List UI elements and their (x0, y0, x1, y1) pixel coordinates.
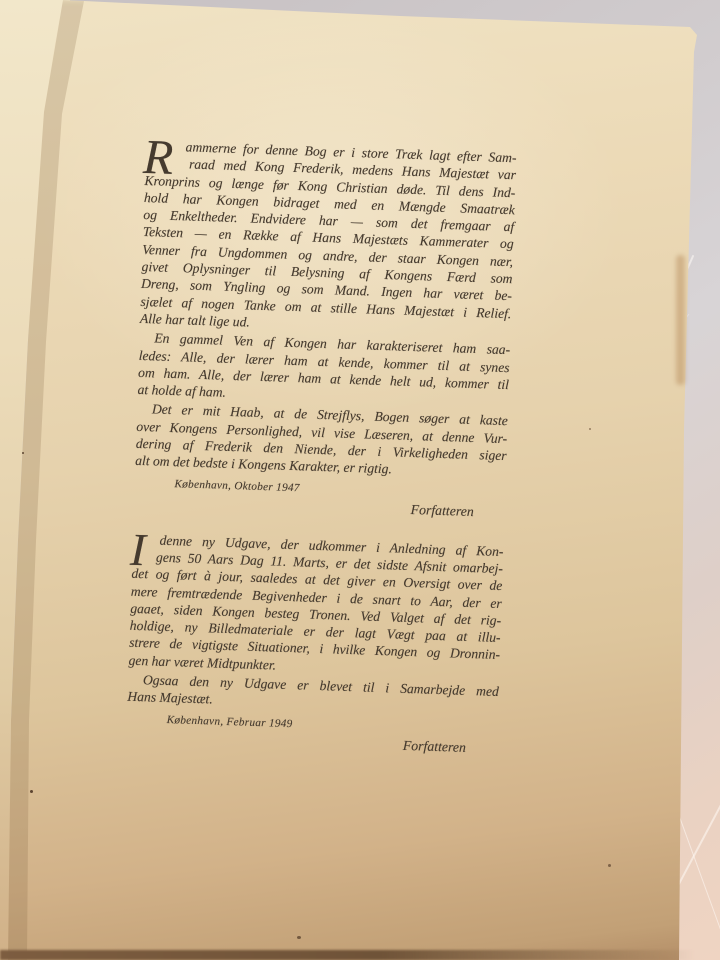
paragraph-4: I denne ny Udgave, der udkommer i Anledn… (128, 530, 503, 681)
paragraph-3: Det er mit Haab, at de Strejflys, Bogen … (135, 400, 508, 481)
paragraph-2: En gammel Ven af Kongen har karakteriser… (137, 329, 510, 410)
dust-speck (589, 428, 591, 430)
dust-speck (30, 790, 33, 793)
paragraph-1: R ammerne for denne Bog er i store Træk … (140, 137, 517, 339)
drop-cap-i: I (130, 526, 147, 572)
dust-speck (22, 452, 24, 454)
dust-speck (297, 936, 301, 939)
preface-section-1949: I denne ny Udgave, der udkommer i Anledn… (126, 530, 504, 756)
dust-speck (608, 864, 611, 867)
book-photo-scene: R ammerne for denne Bog er i store Træk … (0, 0, 720, 960)
page-edge-stain (676, 255, 685, 385)
preface-section-1947: R ammerne for denne Bog er i store Træk … (134, 137, 517, 521)
book-bottom-shadow (0, 950, 695, 960)
drop-cap-r: R (143, 132, 175, 182)
preface-text: R ammerne for denne Bog er i store Træk … (126, 137, 517, 757)
